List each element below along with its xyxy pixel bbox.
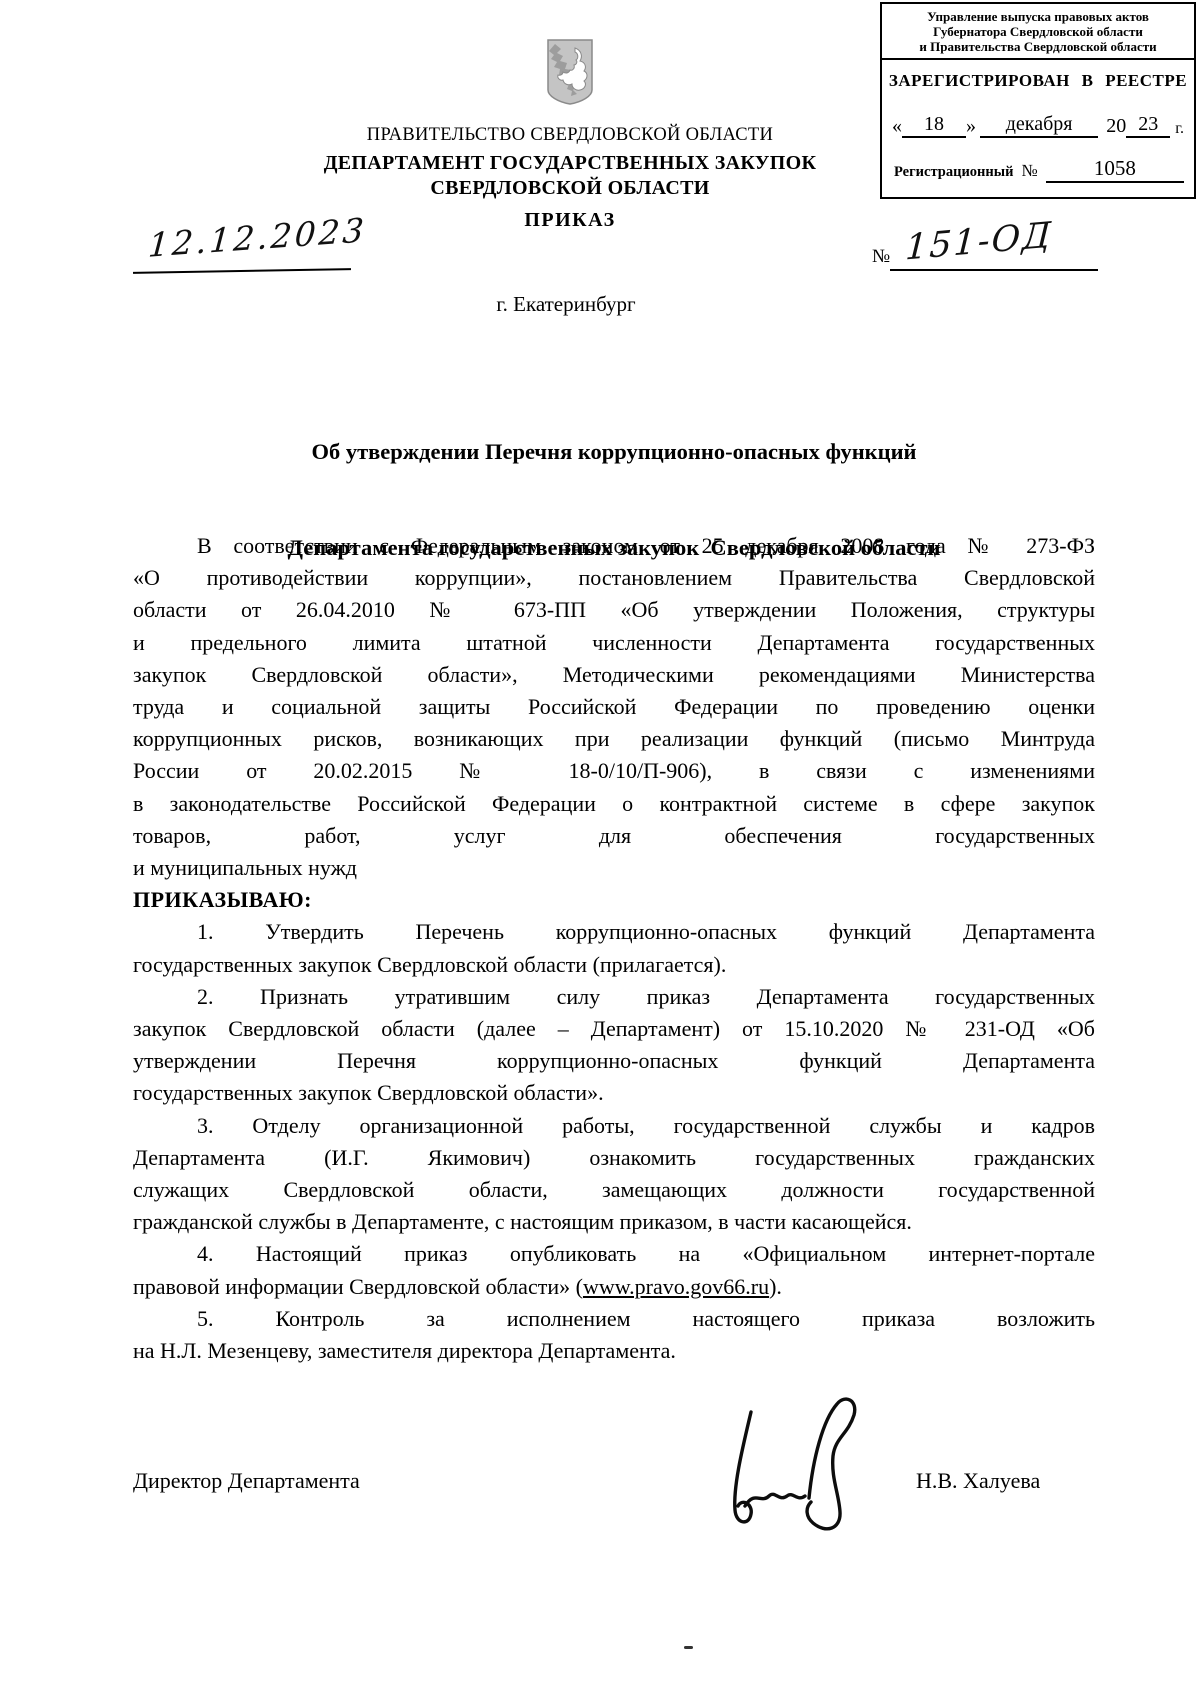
item3-line: Департамента (И.Г. Якимович) ознакомить …: [133, 1142, 1095, 1174]
preamble-line: В соответствии с Федеральным законом от …: [133, 530, 1095, 562]
item3-line: 3. Отделу организационной работы, госуда…: [133, 1110, 1095, 1142]
department-name-line2: СВЕРДЛОВСКОЙ ОБЛАСТИ: [125, 177, 1015, 200]
stamp-year-prefix: 20: [1106, 115, 1126, 138]
document-page: Управление выпуска правовых актов Губерн…: [0, 0, 1200, 1698]
preamble-line: труда и социальной защиты Российской Фед…: [133, 691, 1095, 723]
scan-artifact-dash: [684, 1646, 693, 1649]
item1-line: 1. Утвердить Перечень коррупционно-опасн…: [133, 916, 1095, 948]
document-body: В соответствии с Федеральным законом от …: [133, 530, 1095, 1367]
preamble-line: России от 20.02.2015 № 18-0/10/П-906), в…: [133, 755, 1095, 787]
item1-line: государственных закупок Свердловской обл…: [133, 949, 1095, 981]
signer-position: Директор Департамента: [133, 1468, 360, 1494]
government-name: ПРАВИТЕЛЬСТВО СВЕРДЛОВСКОЙ ОБЛАСТИ: [125, 125, 1015, 146]
preamble-line: в законодательстве Российской Федерации …: [133, 788, 1095, 820]
item4-line: 4. Настоящий приказ опубликовать на «Офи…: [133, 1238, 1095, 1270]
department-name-line1: ДЕПАРТАМЕНТ ГОСУДАРСТВЕННЫХ ЗАКУПОК: [125, 152, 1015, 175]
stamp-issuer-line2: Губернатора Свердловской области: [886, 24, 1190, 39]
signer-name: Н.В. Халуева: [916, 1468, 1040, 1494]
preamble-line: и предельного лимита штатной численности…: [133, 627, 1095, 659]
item4-url-suffix: ).: [769, 1274, 782, 1299]
date-underline: [133, 268, 351, 274]
preamble-line: закупок Свердловской области», Методичес…: [133, 659, 1095, 691]
preamble-line: и муниципальных нужд: [133, 852, 1095, 884]
preamble-line: области от 26.04.2010 № 673-ПП «Об утвер…: [133, 594, 1095, 626]
document-number-sign: №: [872, 246, 890, 268]
item4-url-prefix: правовой информации Свердловской области…: [133, 1274, 583, 1299]
legal-portal-url: www.pravo.gov66.ru: [583, 1274, 769, 1299]
item4-line-with-url: правовой информации Свердловской области…: [133, 1271, 1095, 1303]
order-word: ПРИКАЗЫВАЮ:: [133, 884, 1095, 916]
title-line1: Об утверждении Перечня коррупционно-опас…: [133, 436, 1095, 468]
preamble-line: «О противодействии коррупции», постановл…: [133, 562, 1095, 594]
numero-sign: №: [1021, 161, 1037, 181]
director-signature-autograph: [715, 1392, 890, 1552]
stamp-year-suffix: 23: [1126, 113, 1170, 138]
city-line: г. Екатеринбург: [133, 292, 999, 317]
item2-line: государственных закупок Свердловской обл…: [133, 1077, 1095, 1109]
item5-line: 5. Контроль за исполнением настоящего пр…: [133, 1303, 1095, 1335]
item2-line: закупок Свердловской области (далее – Де…: [133, 1013, 1095, 1045]
coat-of-arms-icon: [545, 38, 595, 106]
item3-line: гражданской службы в Департаменте, с нас…: [133, 1206, 1095, 1238]
letterhead: ПРАВИТЕЛЬСТВО СВЕРДЛОВСКОЙ ОБЛАСТИ ДЕПАР…: [125, 38, 1015, 232]
item2-line: утверждении Перечня коррупционно-опасных…: [133, 1045, 1095, 1077]
stamp-issuer-line1: Управление выпуска правовых актов: [886, 9, 1190, 24]
registration-number-value: 1058: [1046, 158, 1184, 183]
number-underline: [890, 269, 1098, 271]
item3-line: служащих Свердловской области, замещающи…: [133, 1174, 1095, 1206]
item5-line: на Н.Л. Мезенцеву, заместителя директора…: [133, 1335, 1095, 1367]
stamp-year-unit: г.: [1175, 120, 1184, 138]
item2-line: 2. Признать утратившим силу приказ Депар…: [133, 981, 1095, 1013]
preamble-line: коррупционных рисков, возникающих при ре…: [133, 723, 1095, 755]
preamble-line: товаров, работ, услуг для обеспечения го…: [133, 820, 1095, 852]
